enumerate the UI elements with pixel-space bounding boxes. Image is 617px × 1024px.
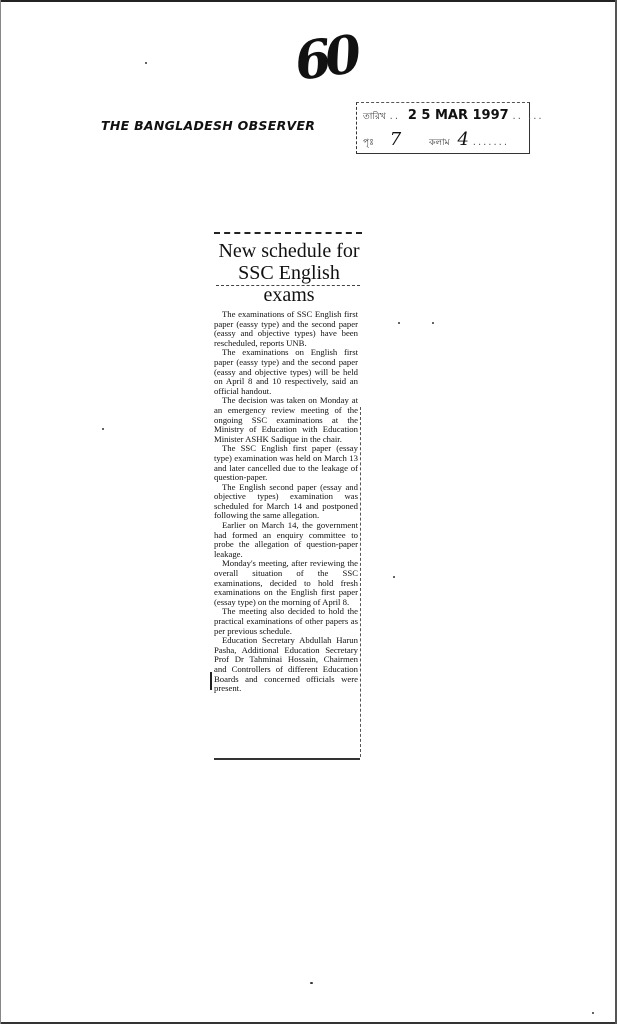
- stamp-column-label: কলাম: [429, 138, 450, 148]
- article-paragraph: Education Secretary Abdullah Harun Pasha…: [214, 636, 358, 694]
- headline-line-2: SSC English: [214, 262, 364, 284]
- stamp-page-value: 7: [390, 129, 401, 150]
- scan-speck: [310, 982, 313, 984]
- clipping-right-edge: [360, 407, 361, 757]
- clipping-top-edge: [214, 232, 362, 234]
- headline-cut-line: [216, 285, 360, 286]
- stamp-date-row: তারিখ .. 2 5 MAR 1997 .. ...: [363, 108, 544, 124]
- headline-line-1: New schedule for: [214, 240, 364, 262]
- stamp-date-label: তারিখ: [363, 112, 386, 122]
- headline-line-3: exams: [214, 284, 364, 306]
- page-edge-top: [0, 0, 617, 2]
- scan-speck: [145, 62, 147, 64]
- article-paragraph: The English second paper (essay and obje…: [214, 483, 358, 521]
- article-paragraph: Earlier on March 14, the government had …: [214, 521, 358, 559]
- clipping-left-mark: [210, 672, 212, 690]
- article-paragraph: The meeting also decided to hold the pra…: [214, 607, 358, 636]
- scan-speck: [592, 1012, 594, 1014]
- article-paragraph: Monday's meeting, after reviewing the ov…: [214, 559, 358, 607]
- article-paragraph: The SSC English first paper (essay type)…: [214, 444, 358, 482]
- scan-speck: [398, 322, 400, 324]
- article-paragraph: The examinations on English first paper …: [214, 348, 358, 396]
- article-paragraph: The decision was taken on Monday at an e…: [214, 396, 358, 444]
- scan-speck: [432, 322, 434, 324]
- stamp-column-value: 4: [457, 129, 468, 150]
- article-body: The examinations of SSC English first pa…: [214, 310, 358, 694]
- stamp-page-row: পৃঃ 7 কলাম 4 .......: [363, 129, 509, 150]
- date-stamp: তারিখ .. 2 5 MAR 1997 .. ... পৃঃ 7 কলাম …: [356, 102, 530, 154]
- clipping-bottom-edge: [214, 758, 360, 760]
- scan-speck: [102, 428, 104, 430]
- stamp-page-label: পৃঃ: [363, 138, 374, 148]
- scan-speck: [393, 576, 395, 578]
- stamp-dots: .......: [473, 137, 509, 148]
- article-headline: New schedule for SSC English exams: [214, 240, 364, 306]
- page-edge-left: [0, 0, 1, 1024]
- newspaper-name: THE BANGLADESH OBSERVER: [101, 118, 315, 133]
- handwritten-page-number: 60: [291, 24, 359, 93]
- article-paragraph: The examinations of SSC English first pa…: [214, 310, 358, 348]
- stamp-date-value: 2 5 MAR 1997: [408, 108, 509, 123]
- stamp-dots: .. ...: [513, 111, 544, 122]
- stamp-dots: ..: [390, 111, 400, 122]
